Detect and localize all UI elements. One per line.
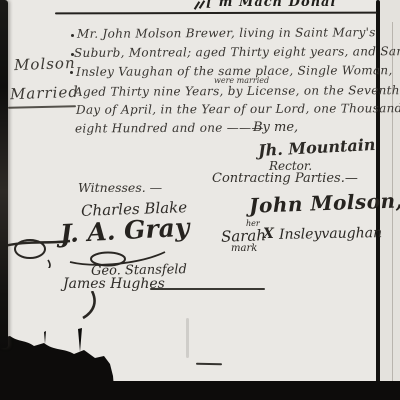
- contracting-parties-label: Contracting Parties.—: [212, 171, 358, 186]
- bride-last-name: Insleyvaughan: [279, 225, 382, 243]
- margin-note-surname: Molson: [14, 54, 76, 74]
- line-dot: [70, 71, 73, 74]
- line-dot: [71, 34, 74, 37]
- smudge: [186, 318, 189, 358]
- scanned-register-page: [ m Mach Donal Molson Married Mr. John M…: [0, 0, 400, 400]
- bride-mark-x: X: [263, 226, 274, 242]
- record-line-5: Day of April, in the Year of our Lord, o…: [76, 101, 400, 117]
- bottom-scan-edge: [0, 381, 400, 400]
- margin-note-status: Married: [10, 83, 80, 103]
- stray-dash-mark: [196, 363, 222, 365]
- binding-edge: [0, 0, 8, 348]
- record-line-1: Mr. John Molson Brewer, living in Saint …: [77, 25, 376, 41]
- header-fragment: [ m Mach Donal: [206, 0, 336, 10]
- record-line-6: eight Hundred and one ———: [75, 121, 264, 136]
- witnesses-label: Witnesses. —: [78, 180, 162, 195]
- record-line-4: Aged Thirty nine Years, by License, on t…: [74, 83, 400, 99]
- pen-descender-flourish: [78, 291, 104, 321]
- attestation-label: By me,: [253, 120, 298, 135]
- officiant-signature: Jh. Mountain: [258, 135, 376, 160]
- margin-underline: [8, 105, 76, 108]
- header-rule: [55, 12, 377, 15]
- bride-mark-label: mark: [231, 243, 257, 254]
- record-line-2: Suburb, Montreal; aged Thirty eight year…: [74, 44, 400, 60]
- bride-mark-her: her: [246, 219, 260, 228]
- hughes-underline: [150, 288, 265, 290]
